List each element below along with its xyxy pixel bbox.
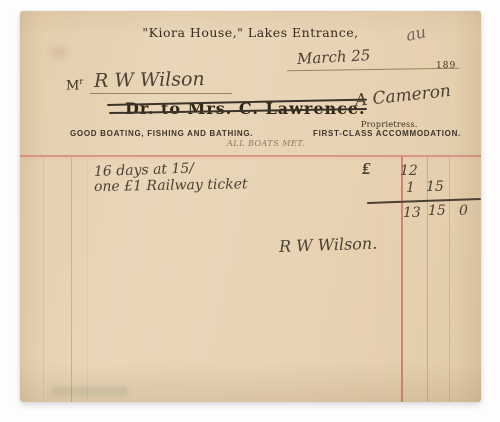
- date-handwritten: March 25: [297, 46, 371, 68]
- paper-crease: [43, 157, 44, 402]
- item-2-amount-shillings: 15: [426, 179, 444, 195]
- photo-background: "Kiora House," Lakes Entrance, au March …: [0, 0, 500, 422]
- pencil-annotation: au: [404, 22, 427, 45]
- item-1-amount-pounds: 12: [400, 163, 418, 179]
- addressee-prefix: Mr: [66, 77, 83, 93]
- item-2-description: one £1 Railway ticket: [94, 176, 248, 195]
- header-rule-red-shadow: [20, 158, 481, 159]
- money-column-rule-pounds: [401, 157, 403, 402]
- proprietress-label: Proprietress.: [361, 120, 418, 129]
- customer-name-underline: [90, 93, 232, 94]
- header-rule-red: [20, 155, 481, 157]
- tagline-boating: GOOD BOATING, FISHING AND BATHING.: [70, 129, 253, 138]
- addressee-prefix-letter: M: [66, 78, 79, 93]
- total-pence: 0: [459, 203, 468, 219]
- addressee-prefix-superscript: r: [79, 77, 83, 86]
- customer-signature: R W Wilson.: [279, 234, 378, 256]
- total-pounds: 13: [403, 205, 421, 221]
- customer-name-handwritten: R W Wilson: [94, 68, 205, 92]
- proprietor-signature-handwritten: A Cameron: [354, 81, 452, 111]
- year-printed: 189: [436, 61, 456, 71]
- tagline-boats-met: ALL BOATS MET.: [227, 139, 305, 148]
- paper-smudge: [50, 386, 128, 396]
- date-underline: [287, 68, 459, 71]
- margin-rule-left-2: [87, 157, 88, 402]
- money-column-rule-pence: [449, 157, 450, 402]
- item-2-amount-pounds: 1: [406, 180, 415, 196]
- pound-symbol-handwritten: ₤: [362, 159, 371, 179]
- money-column-rule-0: [380, 157, 381, 402]
- tagline-accommodation: FIRST-CLASS ACCOMMODATION.: [313, 129, 461, 138]
- margin-rule-left-1: [71, 157, 72, 402]
- total-shillings: 15: [428, 203, 446, 219]
- invoice-paper: "Kiora House," Lakes Entrance, au March …: [20, 11, 481, 402]
- paper-stain: [50, 47, 68, 58]
